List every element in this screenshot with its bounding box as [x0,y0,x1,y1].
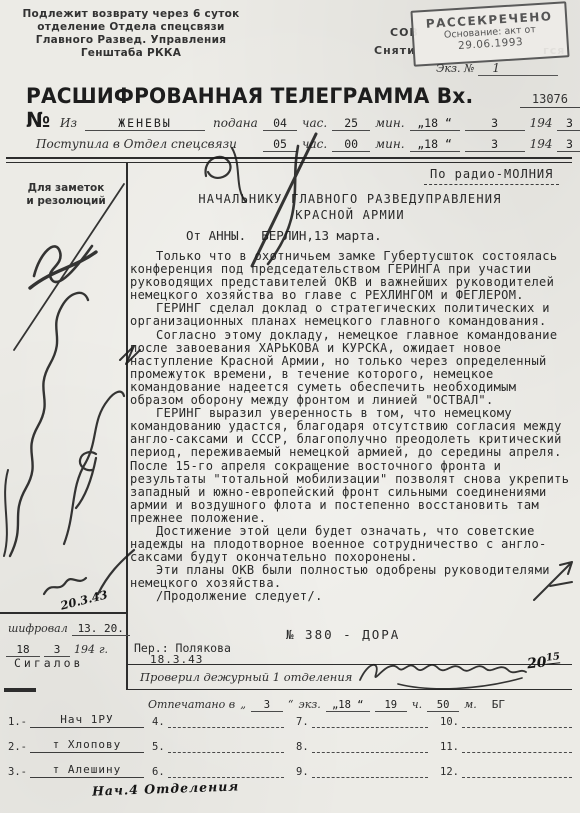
minutes-label: мин. [375,137,404,151]
dateline: От АННЫ. БЕРЛИН,13 марта. [186,228,382,243]
margin-slash [14,184,124,350]
notes-label-line1: Для заметок [16,182,116,195]
margin-handwritten-date: 20.3.43 [59,587,109,612]
distribution-slot-1: 1.- Нач 1РУ [8,706,144,728]
margin-autograph-stroke [76,452,96,508]
header-loop [206,157,231,178]
body-paragraph: Только что в охотничьем замке Губертусшт… [130,250,572,302]
meta-sent-row: Из ЖЕНЕВЫ подана 04 час. 25 мин. „18 “ 3… [60,116,580,131]
distribution-slot-2: 2.- т Хлопову [8,731,144,753]
margin-initials [44,578,86,594]
cipher-date-row: 18 3 194 г. [6,643,108,657]
cipher-clerk-row: шифровал 13. 20. [8,622,130,636]
body-paragraph: /Продолжение следует/. [130,590,572,603]
dist-number: 10. [440,716,459,728]
dist-number: 9. [296,766,309,778]
incoming-number: 13076 [520,92,580,108]
dist-number: 5. [152,741,165,753]
cipher-year-suffix: г. [99,643,108,656]
cipher-label: шифровал [8,622,68,635]
dist-recipient: т Хлопову [53,738,122,751]
distribution-slot-6: 6. [152,756,284,778]
dist-number: 7. [296,716,309,728]
return-notice: Подлежит возврату через 6 суток отделени… [12,8,250,60]
cipher-time: 13. 20. [72,622,130,636]
left-thick-dash [4,688,36,692]
distribution-slot-4: 4. [152,706,284,728]
copy-number-value: 1 [478,61,558,76]
checked-by-label: Проверил дежурный 1 отделения [140,670,352,684]
cipher-clerk-name: Сигалов [14,656,83,670]
distribution-slot-5: 5. [152,731,284,753]
dist-number: 1.- [8,716,27,728]
form-rule [128,689,572,690]
classification-fragment-mid: Сняти [374,44,416,57]
sent-month: 3 [465,116,525,131]
sent-year-digit: 3 [557,116,580,131]
margin-autograph-stroke [4,470,8,556]
duty-officer-signature-flourish [398,678,522,689]
addressee-block: НАЧАЛЬНИКУ ГЛАВНОГО РАЗВЕДУПРАВЛЕНИЯ КРА… [130,191,570,223]
notes-label: Для заметок и резолюций [16,182,116,207]
dist-number: 12. [440,766,459,778]
divider-rule-top [6,157,572,159]
sent-label: подана [213,116,258,130]
margin-autograph-stroke [64,392,124,544]
sent-minutes: 25 [332,116,370,131]
cipher-year-prefix: 194 [74,643,95,656]
distribution-slot-12: 12. [440,756,572,778]
received-label: Поступила в Отдел спецсвязи [36,137,237,151]
dist-number: 3.- [8,766,27,778]
department-head-note: Нач.4 Отделения [92,778,240,798]
dist-recipient: Нач 1РУ [60,713,113,726]
addressee-line1: НАЧАЛЬНИКУ ГЛАВНОГО РАЗВЕДУПРАВЛЕНИЯ [130,191,570,207]
from-value: ЖЕНЕВЫ [85,116,205,131]
dist-number: 2.- [8,741,27,753]
year-prefix: 194 [530,137,553,151]
dist-number: 6. [152,766,165,778]
body-paragraph: Согласно этому докладу, немецкое главное… [130,329,572,408]
outgoing-number: № 380 - ДОРА [286,627,400,642]
checked-time: 2015 [526,651,561,672]
received-day: „18 “ [410,137,460,152]
margin-autograph-stroke [30,252,96,288]
checked-time-hours: 20 [526,654,547,672]
hours-label: час. [302,116,327,130]
cipher-month: 3 [44,643,70,657]
margin-autograph-stroke [34,246,92,282]
dist-number: 11. [440,741,459,753]
distribution-slot-7: 7. [296,706,428,728]
distribution-slot-11: 11. [440,731,572,753]
dist-recipient: т Алешину [53,763,122,776]
declassified-stamp: РАССЕКРЕЧЕНО Основание: акт от 29.06.199… [410,1,569,66]
distribution-slot-10: 10. [440,706,572,728]
return-notice-line: Подлежит возврату через 6 суток [12,8,250,21]
return-notice-line: Генштаба РККА [12,47,250,60]
telegram-document: Подлежит возврату через 6 суток отделени… [0,0,580,813]
divider-rule-bottom [6,162,572,164]
form-rule [128,664,572,665]
return-notice-line: Главного Развед. Управления [12,34,250,47]
copy-number-label: Экз. № [436,62,474,75]
checked-time-minutes: 15 [546,651,561,664]
dist-number: 8. [296,741,309,753]
addressee-line2: КРАСНОЙ АРМИИ [130,207,570,223]
sent-day: „18 “ [410,116,460,131]
body-paragraph: ГЕРИНГ выразил уверенность в том, что не… [130,407,572,525]
received-month: 3 [465,137,525,152]
dist-number: 4. [152,716,165,728]
notes-label-line2: и резолюций [16,195,116,208]
margin-divider [126,163,128,690]
body-paragraph: Эти планы ОКВ были полностью одобрены ру… [130,564,572,590]
year-prefix: 194 [530,116,553,130]
cipher-day: 18 [6,643,40,657]
margin-autograph-stroke [10,293,88,556]
body-paragraph: Достижение этой цели будет означать, что… [130,525,572,564]
received-year-digit: 3 [557,137,580,152]
distribution-slot-8: 8. [296,731,428,753]
routing-method: По радио-МОЛНИЯ [424,167,559,185]
from-label: Из [60,116,77,130]
distribution-slot-9: 9. [296,756,428,778]
telegram-body: Только что в охотничьем замке Губертусшт… [130,250,572,604]
sent-hours: 04 [263,116,297,131]
copy-number-line: Экз. № 1 [436,61,558,76]
meta-received-row: Поступила в Отдел спецсвязи 05 час. 00 м… [36,137,580,152]
return-notice-line: отделение Отдела спецсвязи [12,21,250,34]
received-minutes: 00 [332,137,370,152]
cipher-box-rule [0,612,126,614]
received-hours: 05 [263,137,297,152]
quote-close: “ [288,698,294,711]
minutes-label: мин. [375,116,404,130]
body-paragraph: ГЕРИНГ сделал доклад о стратегических по… [130,302,572,328]
distribution-slot-3: 3.- т Алешину [8,756,144,778]
hours-label: час. [302,137,327,151]
duty-officer-signature [360,665,526,680]
